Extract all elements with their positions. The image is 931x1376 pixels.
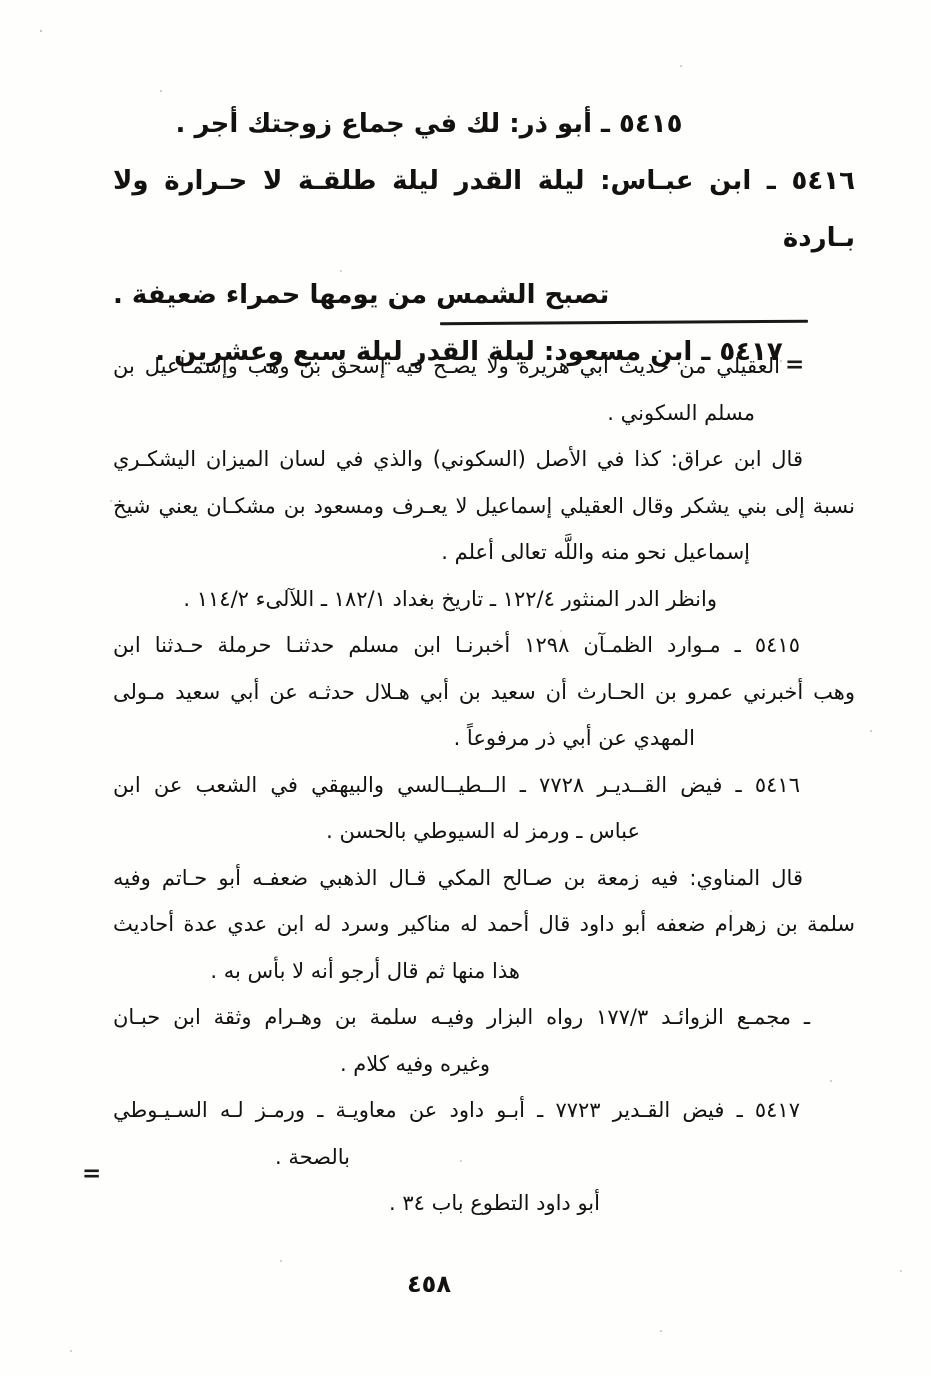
book-page: ٥٤١٥ ـ أبو ذر: لك في جماع زوجتك أجر . ٥٤… xyxy=(0,0,931,1376)
page-number: ٤٥٨ xyxy=(379,1270,479,1298)
footnote-line: ٥٤١٦ ـ فيض القــديـر ٧٧٢٨ ـ الــطيــالسي… xyxy=(113,762,800,809)
footnote-line: ـ مجمـع الزوائـد ١٧٧/٣ رواه البزار وفيـه… xyxy=(113,994,810,1041)
footnote-line: هذا منها ثم قال أرجو أنه لا بأس به . xyxy=(113,948,520,995)
footnote-line: عباس ـ ورمز له السيوطي بالحسن . xyxy=(113,808,640,855)
hadith-line-5416-2: تصبح الشمس من يومها حمراء ضعيفة . xyxy=(113,267,855,324)
footnotes-block: العقيلي من حديث أبي هريرة ولا يصـح فيه إ… xyxy=(113,343,855,1227)
footnote-paragraph: ٥٤١٦ ـ فيض القــديـر ٧٧٢٨ ـ الــطيــالسي… xyxy=(113,762,855,855)
footnote-line: سلمة بن زهرام ضعفه أبو داود قال أحمد له … xyxy=(113,901,855,948)
continuation-mark-bottom: = xyxy=(82,1163,101,1186)
footnote-line: أبو داود التطوع باب ٣٤ . xyxy=(113,1180,600,1227)
footnote-paragraph: أبو داود التطوع باب ٣٤ . xyxy=(113,1180,855,1227)
footnote-line: وهب أخبرني عمرو بن الحـارث أن سعيد بن أب… xyxy=(113,669,855,716)
footnote-line: المهدي عن أبي ذر مرفوعاً . xyxy=(113,715,695,762)
footnote-line: وانظر الدر المنثور ١٢٢/٤ ـ تاريخ بغداد ١… xyxy=(113,576,717,623)
scan-noise xyxy=(40,30,42,32)
footnote-paragraph: وانظر الدر المنثور ١٢٢/٤ ـ تاريخ بغداد ١… xyxy=(113,576,855,623)
footnote-paragraph: ٥٤١٥ ـ مـوارد الظمـآن ١٢٩٨ أخبرنـا ابن م… xyxy=(113,622,855,762)
main-text-block: ٥٤١٥ ـ أبو ذر: لك في جماع زوجتك أجر . ٥٤… xyxy=(113,96,855,381)
footnote-line: وغيره وفيه كلام . xyxy=(113,1041,490,1088)
footnote-line: مسلم السكوني . xyxy=(113,390,755,437)
footnote-line: نسبة إلى بني يشكر وقال العقيلي إسماعيل ل… xyxy=(113,483,855,530)
footnote-line: قال ابن عراق: كذا في الأصل (السكوني) وال… xyxy=(113,436,803,483)
footnote-paragraph: ٥٤١٧ ـ فيض القـدير ٧٧٢٣ ـ أبـو داود عن م… xyxy=(113,1087,855,1180)
hadith-line-5415: ٥٤١٥ ـ أبو ذر: لك في جماع زوجتك أجر . xyxy=(113,96,745,153)
footnote-line: ٥٤١٧ ـ فيض القـدير ٧٧٢٣ ـ أبـو داود عن م… xyxy=(113,1087,800,1134)
footnote-paragraph: العقيلي من حديث أبي هريرة ولا يصـح فيه إ… xyxy=(113,343,855,436)
footnote-line: ٥٤١٥ ـ مـوارد الظمـآن ١٢٩٨ أخبرنـا ابن م… xyxy=(113,622,800,669)
footnote-line: إسماعيل نحو منه واللَّه تعالى أعلم . xyxy=(113,529,750,576)
footnote-line: بالصحة . xyxy=(113,1134,350,1181)
footnote-line: العقيلي من حديث أبي هريرة ولا يصـح فيه إ… xyxy=(113,343,780,390)
footnote-paragraph: قال ابن عراق: كذا في الأصل (السكوني) وال… xyxy=(113,436,855,576)
hadith-line-5416-1: ٥٤١٦ ـ ابن عبـاس: ليلة القدر ليلة طلقـة … xyxy=(113,153,855,267)
footnote-paragraph: قال المناوي: فيه زمعة بن صـالح المكي قـا… xyxy=(113,855,855,995)
footnote-line: قال المناوي: فيه زمعة بن صـالح المكي قـا… xyxy=(113,855,803,902)
footnote-paragraph: ـ مجمـع الزوائـد ١٧٧/٣ رواه البزار وفيـه… xyxy=(113,994,855,1087)
